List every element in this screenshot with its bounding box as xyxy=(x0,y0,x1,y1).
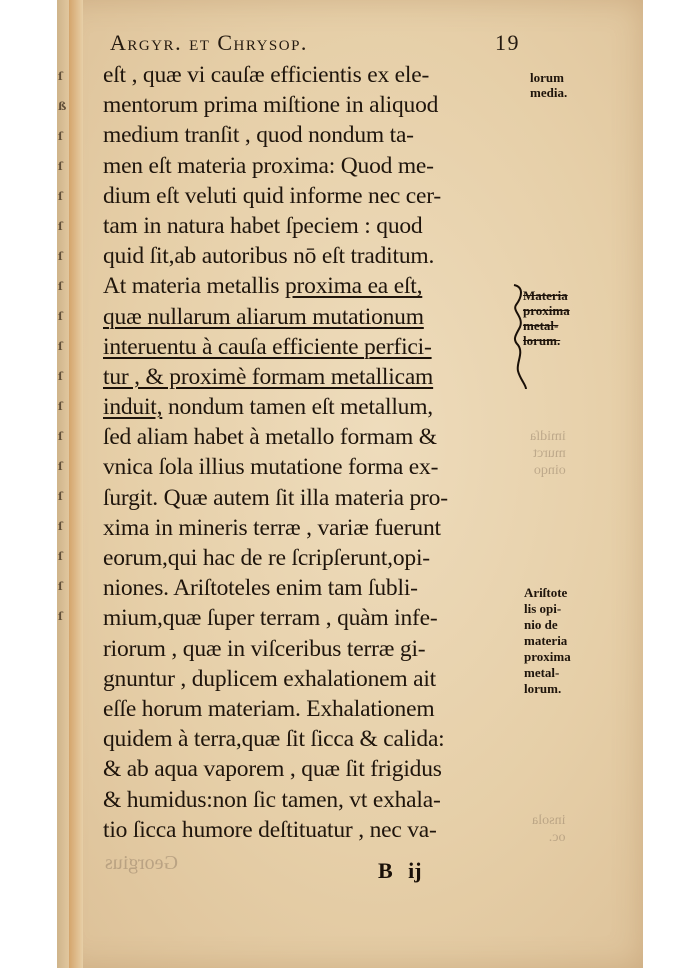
page-gutter xyxy=(69,0,83,968)
text-line-partially-underlined: induit, nondum tamen eſt metallum, xyxy=(103,392,523,422)
text-line: vnica ſola illius mutatione forma ex- xyxy=(103,452,523,482)
text-line: tio ſicca humore deſtituatur , nec va- xyxy=(103,815,523,845)
margin-note-line: proxima xyxy=(523,303,570,318)
text-line-underlined: interuentu à cauſa efficiente perfici- xyxy=(103,332,523,362)
text-plain: nondum tamen eſt metallum, xyxy=(162,394,433,420)
text-line: & humidus:non ſic tamen, vt exhala- xyxy=(103,785,523,815)
text-line: tam in natura habet ſpeciem : quod xyxy=(103,211,523,241)
main-text-block: eſt , quæ vi cauſæ efficientis ex ele- m… xyxy=(103,60,523,845)
margin-note-line: nio de xyxy=(524,617,571,633)
text-line: dium eſt veluti quid informe nec cer- xyxy=(103,181,523,211)
text-line: mium,quæ ſuper terram , quàm infe- xyxy=(103,603,523,633)
show-through-line: oc. xyxy=(532,829,565,846)
text-line: & ab aqua vaporem , quæ ſit frigidus xyxy=(103,754,523,784)
text-line: gnuntur , duplicem exhalationem ait xyxy=(103,664,523,694)
show-through-line: imidſa xyxy=(530,428,566,445)
text-line: xima in mineris terræ , variæ fuerunt xyxy=(103,513,523,543)
previous-page-text-fragments: ſ ß ſ ſ ſ ſ ſ ſ ſ ſ ſ ſ ſ ſ ſ ſ ſ ſ ſ xyxy=(58,62,68,632)
margin-note-materia-proxima: Materia proxima metal- lorum. xyxy=(523,288,570,348)
margin-note-line: metal- xyxy=(523,318,570,333)
text-underlined: induit, xyxy=(103,394,162,420)
text-line: riorum , quæ in viſceribus terræ gi- xyxy=(103,634,523,664)
text-line: medium tranſit , quod nondum ta- xyxy=(103,120,523,150)
text-line: men eſt materia proxima: Quod me- xyxy=(103,151,523,181)
show-through-line: oinqo xyxy=(530,462,566,479)
margin-note-line: lorum. xyxy=(524,681,571,697)
text-underlined: proxima ea eſt, xyxy=(285,273,422,299)
show-through-line: insola xyxy=(532,812,565,829)
text-plain: At materia metallis xyxy=(103,273,285,299)
text-line: eſſe horum materiam. Exhalationem xyxy=(103,694,523,724)
margin-note-line: proxima xyxy=(524,649,571,665)
show-through-text: Georgius xyxy=(105,855,178,872)
margin-note-line: lorum. xyxy=(523,333,570,348)
show-through-line: murct xyxy=(530,445,566,462)
text-line-partially-underlined: At materia metallis proxima ea eſt, xyxy=(103,271,523,301)
margin-note-line: Ariſtote xyxy=(524,585,571,601)
text-line-underlined: quæ nullarum aliarum mutationum xyxy=(103,302,523,332)
show-through-text: insola oc. xyxy=(532,812,565,846)
text-line: quidem à terra,quæ ſit ſicca & calida: xyxy=(103,724,523,754)
signature-mark: B ij xyxy=(378,858,422,884)
margin-note-line: Materia xyxy=(523,288,570,303)
text-line: quid ſit,ab autoribus nō eſt traditum. xyxy=(103,241,523,271)
margin-note-aristotelis-opinio: Ariſtote lis opi- nio de materia proxima… xyxy=(524,585,571,697)
page-number: 19 xyxy=(495,30,520,56)
running-head-title: Argyr. et Chrysop. xyxy=(110,30,308,55)
text-line-underlined: tur , & proximè formam metallicam xyxy=(103,362,523,392)
margin-note-line: metal- xyxy=(524,665,571,681)
text-line: mentorum prima miſtione in aliquod xyxy=(103,90,523,120)
text-line: ſed aliam habet à metallo formam & xyxy=(103,422,523,452)
margin-note-line: materia xyxy=(524,633,571,649)
text-line: eorum,qui hac de re ſcripſerunt,opi- xyxy=(103,543,523,573)
text-line: ſurgit. Quæ autem ſit illa materia pro- xyxy=(103,483,523,513)
text-line: eſt , quæ vi cauſæ efficientis ex ele- xyxy=(103,60,523,90)
show-through-text: imidſa murct oinqo xyxy=(530,428,566,479)
margin-note-elementorum-media: lorum media. xyxy=(530,70,567,100)
text-line: niones. Ariſtoteles enim tam ſubli- xyxy=(103,573,523,603)
margin-note-line: media. xyxy=(530,85,567,100)
running-head: Argyr. et Chrysop. 19 xyxy=(110,30,308,56)
margin-note-line: lis opi- xyxy=(524,601,571,617)
margin-note-line: lorum xyxy=(530,70,567,85)
